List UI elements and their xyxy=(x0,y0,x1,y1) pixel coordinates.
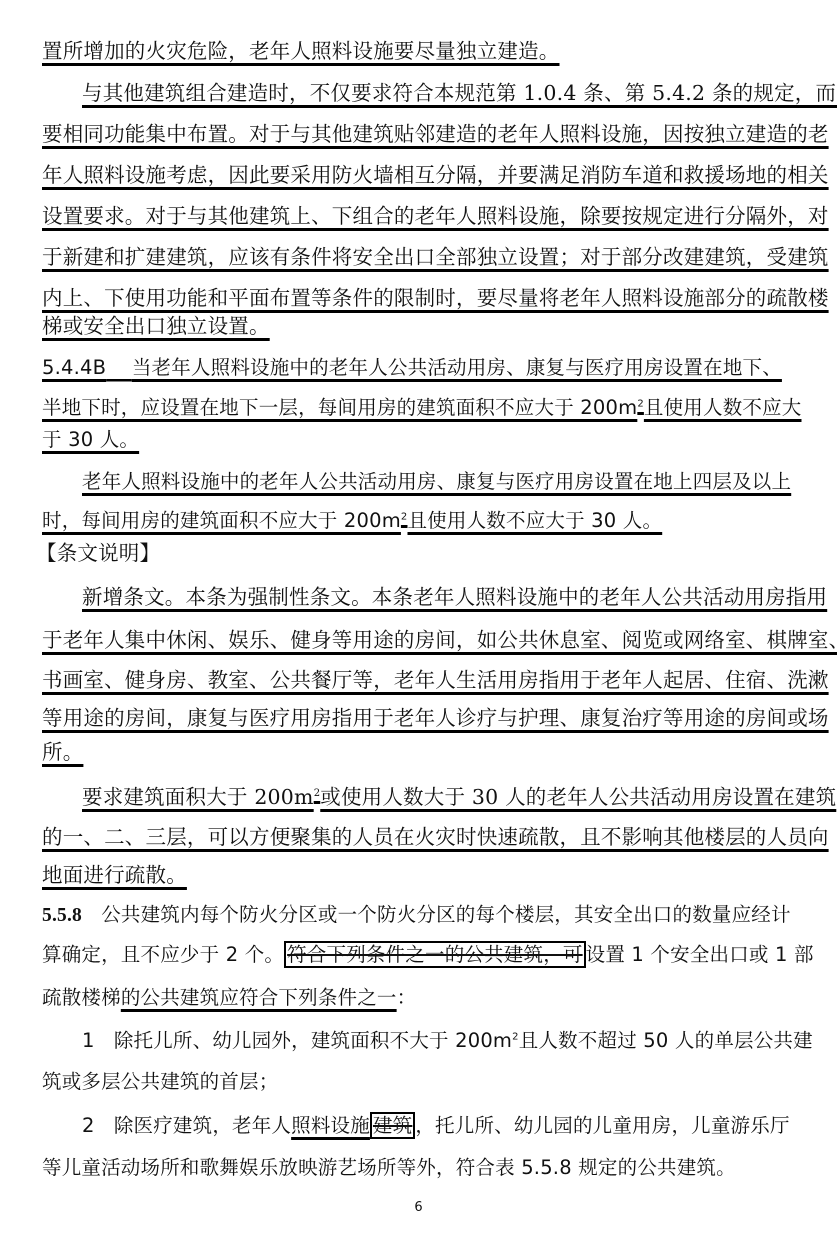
revised-text: 于老年人集中休闲、娱乐、健身等用途的房间，如公共休息室、阅览或网络室、棋牌室、 xyxy=(42,628,837,652)
revised-text: 的一、二、三层，可以方便聚集的人员在火灾时快速疏散，且不影响其他楼层的人员向 xyxy=(42,825,829,849)
revised-text: 年人照料设施考虑，因此要采用防火墙相互分隔，并要满足消防车道和救援场地的相关 xyxy=(42,163,829,187)
text-line: 老年人照料设施中的老年人公共活动用房、康复与医疗用房设置在地上四层及以上 xyxy=(82,467,791,497)
text-line: 于 30 人。 xyxy=(42,425,139,455)
item-number: 1 xyxy=(82,1029,95,1052)
list-item: 2 除医疗建筑，老年人照料设施建筑，托儿所、幼儿园的儿童用房，儿童游乐厅 xyxy=(82,1111,790,1141)
text-line: 筑或多层公共建筑的首层； xyxy=(42,1067,278,1097)
inserted-text: 照料设施 xyxy=(291,1114,370,1137)
clause-558-line: 5.5.8 公共建筑内每个防火分区或一个防火分区的每个楼层，其安全出口的数量应经… xyxy=(42,900,791,930)
text-line: 与其他建筑组合建造时，不仅要求符合本规范第 1.0.4 条、第 5.4.2 条的… xyxy=(82,78,837,108)
revised-text: 于新建和扩建建筑，应该有条件将安全出口全部独立设置；对于部分改建建筑，受建筑 xyxy=(42,245,829,269)
revised-text: 内上、下使用功能和平面布置等条件的限制时，要尽量将老年人照料设施部分的疏散楼 xyxy=(42,286,829,310)
text-line: 书画室、健身房、教室、公共餐厅等，老年人生活用房指用于老年人起居、住宿、洗漱 xyxy=(42,665,829,695)
deleted-text: 符合下列条件之一的公共建筑，可 xyxy=(284,941,586,968)
text-line: 要相同功能集中布置。对于与其他建筑贴邻建造的老年人照料设施，因按独立建造的老 xyxy=(42,119,829,149)
body-text: 疏散楼梯 xyxy=(42,986,121,1009)
text-line: 疏散楼梯的公共建筑应符合下列条件之一： xyxy=(42,983,416,1013)
text-line: 梯或安全出口独立设置。 xyxy=(42,311,270,341)
revised-text: 设置要求。对于与其他建筑上、下组合的老年人照料设施，除要按规定进行分隔外，对 xyxy=(42,204,829,228)
body-text: 设置 1 个安全出口或 1 部 xyxy=(586,943,814,966)
text-line: 地面进行疏散。 xyxy=(42,860,187,890)
list-item: 1 除托儿所、幼儿园外，建筑面积不大于 200m2且人数不超过 50 人的单层公… xyxy=(82,1026,813,1056)
item-number: 2 xyxy=(82,1114,95,1137)
revised-text: 要求建筑面积大于 200m xyxy=(82,785,314,809)
revised-text: 所。 xyxy=(42,740,83,764)
deleted-text: 建筑 xyxy=(370,1112,415,1139)
page-number: 6 xyxy=(0,1200,837,1215)
body-text: 且人数不超过 50 人的单层公共建 xyxy=(519,1029,813,1052)
revised-text: 置所增加的火灾危险，老年人照料设施要尽量独立建造。 xyxy=(42,39,560,63)
clause-number: 5.4.4B xyxy=(42,356,106,379)
heading-text: 【条文说明】 xyxy=(36,541,160,565)
text-line: 于新建和扩建建筑，应该有条件将安全出口全部独立设置；对于部分改建建筑，受建筑 xyxy=(42,242,829,272)
text-line: 算确定，且不应少于 2 个。符合下列条件之一的公共建筑，可设置 1 个安全出口或… xyxy=(42,940,814,970)
text-line: 于老年人集中休闲、娱乐、健身等用途的房间，如公共休息室、阅览或网络室、棋牌室、 xyxy=(42,625,837,655)
text-line: 要求建筑面积大于 200m2或使用人数大于 30 人的老年人公共活动用房设置在建… xyxy=(82,782,836,812)
revised-text: 地面进行疏散。 xyxy=(42,863,187,887)
text-line: 等儿童活动场所和歌舞娱乐放映游艺场所等外，符合表 5.5.8 规定的公共建筑。 xyxy=(42,1153,736,1183)
body-text: 筑或多层公共建筑的首层； xyxy=(42,1070,278,1093)
text-line: 设置要求。对于与其他建筑上、下组合的老年人照料设施，除要按规定进行分隔外，对 xyxy=(42,201,829,231)
body-text: 等儿童活动场所和歌舞娱乐放映游艺场所等外，符合表 5.5.8 规定的公共建筑。 xyxy=(42,1156,736,1179)
text-line: 内上、下使用功能和平面布置等条件的限制时，要尽量将老年人照料设施部分的疏散楼 xyxy=(42,283,829,313)
clause-544b-line: 5.4.4B 当老年人照料设施中的老年人公共活动用房、康复与医疗用房设置在地下、 xyxy=(42,353,782,383)
body-text: 除医疗建筑，老年人 xyxy=(114,1114,291,1137)
revised-text: 新增条文。本条为强制性条文。本条老年人照料设施中的老年人公共活动用房指用 xyxy=(82,585,827,609)
text-line: 所。 xyxy=(42,737,83,767)
revised-text: 要相同功能集中布置。对于与其他建筑贴邻建造的老年人照料设施，因按独立建造的老 xyxy=(42,122,829,146)
revised-text: 且使用人数不应大于 30 人。 xyxy=(407,509,662,532)
text-line: 置所增加的火灾危险，老年人照料设施要尽量独立建造。 xyxy=(42,36,560,66)
body-text: 公共建筑内每个防火分区或一个防火分区的每个楼层，其安全出口的数量应经计 xyxy=(101,903,791,926)
text-line: 等用途的房间，康复与医疗用房指用于老年人诊疗与护理、康复治疗等用途的房间或场 xyxy=(42,703,829,733)
explanation-heading: 【条文说明】 xyxy=(36,538,160,568)
body-text: ： xyxy=(397,986,417,1009)
revised-text: 半地下时，应设置在地下一层，每间用房的建筑面积不应大于 200m xyxy=(42,396,637,419)
revised-text: 且使用人数不应大 xyxy=(644,396,802,419)
revised-text: 梯或安全出口独立设置。 xyxy=(42,314,270,338)
text-line: 年人照料设施考虑，因此要采用防火墙相互分隔，并要满足消防车道和救援场地的相关 xyxy=(42,160,829,190)
clause-number: 5.5.8 xyxy=(42,905,82,926)
body-text: 算确定，且不应少于 2 个。 xyxy=(42,943,284,966)
text-line: 半地下时，应设置在地下一层，每间用房的建筑面积不应大于 200m2且使用人数不应… xyxy=(42,393,802,423)
text-line: 的一、二、三层，可以方便聚集的人员在火灾时快速疏散，且不影响其他楼层的人员向 xyxy=(42,822,829,852)
body-text: ，托儿所、幼儿园的儿童用房，儿童游乐厅 xyxy=(415,1114,789,1137)
revised-text: 于 30 人。 xyxy=(42,428,139,451)
text-line: 新增条文。本条为强制性条文。本条老年人照料设施中的老年人公共活动用房指用 xyxy=(82,582,827,612)
revised-text: 时，每间用房的建筑面积不应大于 200m xyxy=(42,509,401,532)
revised-text: 当老年人照料设施中的老年人公共活动用房、康复与医疗用房设置在地下、 xyxy=(132,356,782,379)
body-text: 除托儿所、幼儿园外，建筑面积不大于 200m xyxy=(114,1029,512,1052)
text-line: 时，每间用房的建筑面积不应大于 200m2且使用人数不应大于 30 人。 xyxy=(42,506,662,536)
revised-text: 与其他建筑组合建造时，不仅要求符合本规范第 1.0.4 条、第 5.4.2 条的… xyxy=(82,81,837,105)
inserted-text: 的公共建筑应符合下列条件之一 xyxy=(121,986,397,1009)
revised-text: 或使用人数大于 30 人的老年人公共活动用房设置在建筑 xyxy=(320,785,836,809)
revised-text: 书画室、健身房、教室、公共餐厅等，老年人生活用房指用于老年人起居、住宿、洗漱 xyxy=(42,668,829,692)
revised-text: 等用途的房间，康复与医疗用房指用于老年人诊疗与护理、康复治疗等用途的房间或场 xyxy=(42,706,829,730)
revised-text: 老年人照料设施中的老年人公共活动用房、康复与医疗用房设置在地上四层及以上 xyxy=(82,470,791,493)
